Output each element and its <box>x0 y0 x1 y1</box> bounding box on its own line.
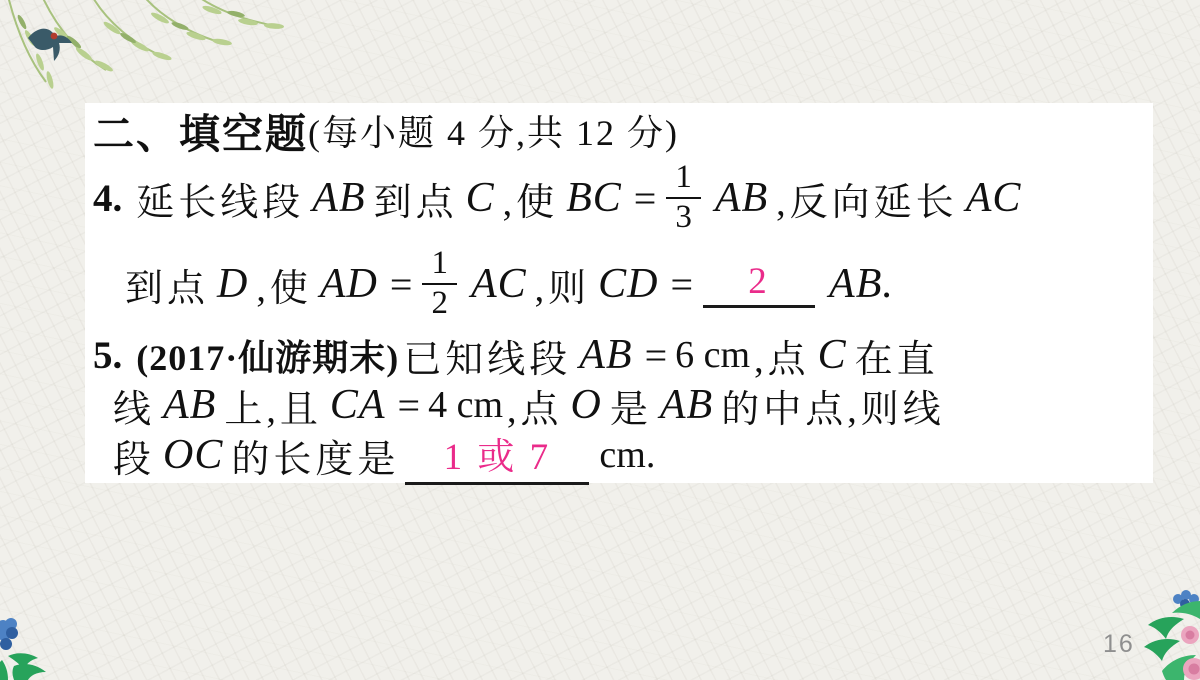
equals-sign: = <box>390 261 413 308</box>
value-text: 6 cm <box>675 333 750 377</box>
slide: { "page": { "number": "16", "background_… <box>0 0 1200 680</box>
cn-text: ,则 <box>535 257 591 312</box>
unit-text: cm. <box>599 433 655 477</box>
blue-flower-icon <box>0 618 18 650</box>
fraction-one-third: 13 <box>666 160 701 235</box>
math-var: C <box>466 174 495 222</box>
cn-text: 上,且 <box>224 378 322 433</box>
value-text: 4 cm <box>428 383 503 427</box>
section-title: 二、填空题 <box>93 101 308 160</box>
cn-text: 的长度是 <box>231 428 399 483</box>
math-var: AB <box>715 174 768 222</box>
math-var: C <box>818 331 847 379</box>
cn-text: 已知线段 <box>403 328 571 383</box>
answer-text-q5: 1 或 7 <box>444 426 552 480</box>
cn-text: ,使 <box>256 257 312 312</box>
cn-text: 线 <box>113 378 155 433</box>
math-var: BC <box>566 174 622 222</box>
question-4-line-2: 到点 D ,使 AD = 12 AC ,则 CD = 2 AB. <box>125 241 902 327</box>
willow-branches-icon <box>0 0 300 105</box>
question-5-line-2: 线 AB 上,且 CA = 4 cm ,点 O 是 AB 的中点,则线 <box>113 381 945 429</box>
answer-blank-q5: 1 或 7 <box>405 426 589 485</box>
section-score-note: (每小题 4 分,共 12 分) <box>308 105 679 156</box>
content-panel: 二、填空题(每小题 4 分,共 12 分) 4. 延长线段 AB 到点 C ,使… <box>85 103 1153 483</box>
corner-bouquet-icon <box>1128 585 1200 680</box>
cn-text: 段 <box>113 428 155 483</box>
question-5-source: (2017·仙游期末) <box>136 330 399 381</box>
fraction-numerator: 1 <box>666 160 701 199</box>
math-var: D <box>217 260 248 308</box>
cn-text: 是 <box>610 378 652 433</box>
fraction-denominator: 2 <box>422 285 457 322</box>
willow-leaves-dark <box>16 10 245 50</box>
cn-text: 延长线段 <box>136 171 304 226</box>
math-var: AB <box>579 331 632 379</box>
cn-text: 到点 <box>374 171 458 226</box>
fraction-denominator: 3 <box>666 199 701 236</box>
question-5-line-3: 段 OC 的长度是 1 或 7 cm. <box>113 431 659 479</box>
equals-sign: = <box>398 382 421 429</box>
fraction-one-half: 12 <box>422 246 457 321</box>
math-var: CD <box>598 260 658 308</box>
answer-blank-q4: 2 <box>703 260 815 308</box>
answer-text-q4: 2 <box>748 260 770 303</box>
cn-text: ,使 <box>503 171 559 226</box>
cn-text: ,点 <box>754 328 810 383</box>
cn-text: ,反向延长 <box>776 171 958 226</box>
fern-leaf-icon <box>0 653 46 680</box>
swallow-throat <box>51 33 58 40</box>
math-var: AD <box>320 260 378 308</box>
math-var: O <box>571 381 602 429</box>
bouquet-blue-flower-icon <box>1173 590 1199 609</box>
corner-flower-left-icon <box>0 608 62 680</box>
question-5-line-1: 5. (2017·仙游期末) 已知线段 AB = 6 cm ,点 C 在直 <box>93 331 939 379</box>
math-var: CA <box>330 381 386 429</box>
math-var: AC <box>471 260 527 308</box>
cn-text: 到点 <box>125 257 209 312</box>
equals-sign: = <box>645 332 668 379</box>
math-var: AB. <box>829 260 894 308</box>
cn-text: 在直 <box>855 328 939 383</box>
swallow-icon <box>26 22 74 64</box>
bouquet-fern-icon <box>1144 601 1200 680</box>
math-var: AB <box>660 381 713 429</box>
question-4-line-1: 4. 延长线段 AB 到点 C ,使 BC = 13 AB ,反向延长 AC <box>93 155 1029 241</box>
rose-icon <box>1181 626 1200 680</box>
question-4-number: 4. <box>93 176 122 221</box>
section-header: 二、填空题(每小题 4 分,共 12 分) <box>93 105 679 155</box>
page-number: 16 <box>1103 630 1135 659</box>
cn-text: ,点 <box>507 378 563 433</box>
question-5-number: 5. <box>93 333 122 378</box>
cn-text: 的中点,则线 <box>721 378 945 433</box>
math-var: OC <box>163 431 223 479</box>
swallow-body <box>28 29 72 61</box>
fraction-numerator: 1 <box>422 246 457 285</box>
math-var: AC <box>966 174 1022 222</box>
equals-sign: = <box>634 175 657 222</box>
equals-sign: = <box>670 261 693 308</box>
math-var: AB <box>163 381 216 429</box>
math-var: AB <box>312 174 365 222</box>
willow-leaves <box>23 4 284 89</box>
